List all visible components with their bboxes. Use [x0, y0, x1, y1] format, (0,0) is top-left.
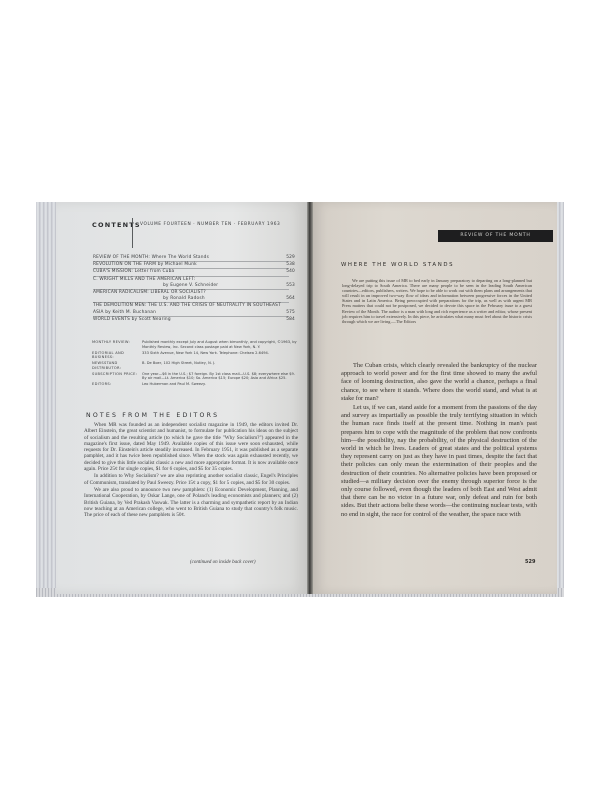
toc-page-number: 540: [286, 269, 295, 275]
toc-title: REVOLUTION ON THE FARM by Michael Munk: [93, 262, 197, 267]
notes-body: When MR was founded as an independent so…: [84, 422, 298, 519]
continued-note: (continued on inside back cover): [190, 560, 256, 565]
article-title: WHERE THE WORLD STANDS: [341, 262, 454, 268]
article-body: The Cuban crisis, which clearly revealed…: [341, 362, 537, 520]
masthead-value: Published monthly except July and August…: [142, 340, 300, 349]
toc-title: WORLD EVENTS by Scott Nearing: [93, 317, 171, 322]
editors-note: We are putting this issue of MR to bed e…: [342, 278, 532, 324]
toc-page-number: 564: [286, 296, 295, 302]
book-spine: [307, 202, 313, 594]
toc-entry: THE DEMOLITION MEN: THE U.S. AND THE CRI…: [93, 303, 289, 316]
article-paragraph: The Cuban crisis, which clearly revealed…: [341, 362, 537, 403]
toc-entry: AMERICAN RADICALISM: LIBERAL OR SOCIALIS…: [93, 290, 289, 303]
masthead-row: NEWSSTAND DISTRIBUTOR:B. De Boer, 102 Hi…: [92, 361, 300, 370]
notes-title: NOTES FROM THE EDITORS: [86, 412, 219, 419]
masthead-key: NEWSSTAND DISTRIBUTOR:: [92, 361, 142, 370]
contents-divider: [132, 218, 133, 248]
toc-byline: by Ronald Radosh: [93, 296, 289, 302]
masthead-value: Leo Huberman and Paul M. Sweezy.: [142, 382, 300, 387]
toc-entry: WORLD EVENTS by Scott Nearing584: [93, 317, 289, 323]
review-of-month-banner: REVIEW OF THE MONTH: [438, 230, 553, 242]
toc-byline: by Eugene V. Schneider: [93, 283, 289, 289]
toc-page-number: 584: [286, 317, 295, 323]
masthead-key: EDITORS:: [92, 382, 142, 387]
masthead-key: MONTHLY REVIEW:: [92, 340, 142, 349]
masthead: MONTHLY REVIEW:Published monthly except …: [92, 340, 300, 388]
toc-page-number: 553: [286, 283, 295, 289]
notes-paragraph: In addition to Why Socialism? we are als…: [84, 473, 298, 486]
editors-note-text: We are putting this issue of MR to bed e…: [342, 278, 532, 324]
toc-title: THE DEMOLITION MEN: THE U.S. AND THE CRI…: [93, 303, 281, 314]
toc-page-number: 529: [286, 255, 295, 261]
issue-info: VOLUME FOURTEEN · NUMBER TEN · FEBRUARY …: [140, 222, 280, 227]
masthead-value: One year—$6 in the U.S.; $7 foreign. By …: [142, 372, 300, 381]
masthead-row: MONTHLY REVIEW:Published monthly except …: [92, 340, 300, 349]
toc-page-number: 538: [286, 262, 295, 268]
toc-title: C. WRIGHT MILLS AND THE AMERICAN LEFT:: [93, 277, 195, 282]
masthead-key: EDITORIAL AND BUSINESS:: [92, 351, 142, 360]
contents-header: CONTENTS VOLUME FOURTEEN · NUMBER TEN · …: [92, 218, 302, 240]
toc-title: CUBA'S MISSION: Letter from Cuba: [93, 269, 174, 274]
toc-title: REVIEW OF THE MONTH: Where The World Sta…: [93, 255, 209, 260]
contents-label: CONTENTS: [92, 221, 141, 229]
toc-page-number: 575: [286, 310, 295, 316]
notes-paragraph: We are also proud to announce two new pa…: [84, 487, 298, 518]
notes-paragraph: When MR was founded as an independent so…: [84, 422, 298, 472]
masthead-value: B. De Boer, 102 High Street, Nutley, N. …: [142, 361, 300, 370]
masthead-row: SUBSCRIPTION PRICE:One year—$6 in the U.…: [92, 372, 300, 381]
article-paragraph: Let us, if we can, stand aside for a mom…: [341, 404, 537, 519]
masthead-key: SUBSCRIPTION PRICE:: [92, 372, 142, 381]
toc-entry: CUBA'S MISSION: Letter from Cuba540: [93, 269, 289, 276]
masthead-row: EDITORS:Leo Huberman and Paul M. Sweezy.: [92, 382, 300, 387]
masthead-value: 333 Sixth Avenue, New York 14, New York.…: [142, 351, 300, 360]
toc-entry: C. WRIGHT MILLS AND THE AMERICAN LEFT:by…: [93, 277, 289, 290]
masthead-row: EDITORIAL AND BUSINESS:333 Sixth Avenue,…: [92, 351, 300, 360]
toc-title: AMERICAN RADICALISM: LIBERAL OR SOCIALIS…: [93, 290, 206, 295]
table-of-contents: REVIEW OF THE MONTH: Where The World Sta…: [93, 255, 289, 323]
page-number: 529: [525, 559, 535, 565]
